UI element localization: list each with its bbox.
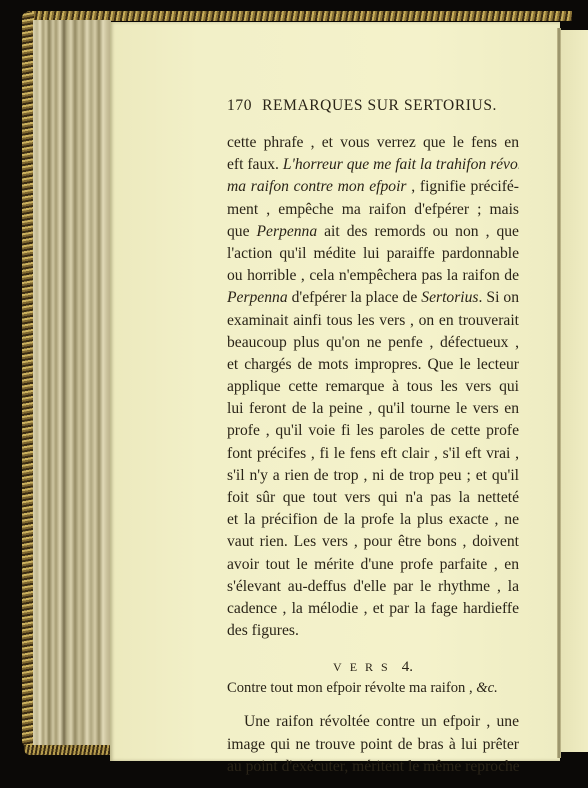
text-segment: s'il n'y a rien de trop , ni de trop peu…	[227, 467, 519, 484]
text-segment: applique cette remarque à tous les vers …	[227, 378, 519, 395]
section-number: 4.	[402, 659, 413, 675]
text-line: l'action qu'il médite lui paraiffe pardo…	[227, 243, 519, 265]
text-segment: l'action qu'il médite lui paraiffe pardo…	[227, 245, 519, 262]
text-segment: eft faux.	[227, 156, 283, 173]
text-segment: des figures.	[227, 622, 299, 639]
quotation-etc: &c.	[476, 680, 497, 696]
text-segment: examinait ainfi tous les vers , on en tr…	[227, 312, 519, 329]
text-segment: cadence , la mélodie , et par la fage ha…	[227, 600, 519, 617]
text-line: Une raifon révoltée contre un efpoir , u…	[227, 711, 519, 733]
paragraph-2: Une raifon révoltée contre un efpoir , u…	[227, 711, 519, 778]
italic-text: ma raifon contre mon efpoir	[227, 178, 407, 195]
text-segment: font précifes , fi le fens eft clair , s…	[227, 445, 519, 462]
italic-text: L'horreur que me fait la trahifon révolt…	[283, 156, 519, 173]
text-segment: ment , empêche ma raifon d'efpérer ; mai…	[227, 201, 519, 218]
page-stack-edges	[33, 20, 111, 755]
text-line: et la précifion de la profe la plus exac…	[227, 509, 519, 531]
text-line: cadence , la mélodie , et par la fage ha…	[227, 598, 519, 620]
text-segment: ait des remords ou non , que	[317, 223, 519, 240]
text-line: ma raifon contre mon efpoir , fignifie p…	[227, 176, 519, 198]
paragraph-1: cette phrafe , et vous verrez que le fen…	[227, 132, 519, 642]
italic-text: Sertorius	[421, 289, 478, 306]
text-segment: que	[227, 223, 257, 240]
text-segment: s'élevant au-deffus d'elle par le rhythm…	[227, 578, 519, 595]
running-head: 170REMARQUES SUR SERTORIUS.	[227, 96, 519, 116]
running-head-title: REMARQUES SUR SERTORIUS.	[262, 97, 497, 114]
text-line: beaucoup plus qu'on ne penfe , défectueu…	[227, 332, 519, 354]
text-segment: lui feront de la peine , qu'il tourne le…	[227, 400, 519, 417]
text-segment: . Si on	[478, 289, 519, 306]
text-segment: et la précifion de la profe la plus exac…	[227, 511, 519, 528]
text-line: profe , qu'il voie fi les paroles de cet…	[227, 420, 519, 442]
book-scan-background: 170REMARQUES SUR SERTORIUS. cette phrafe…	[0, 0, 588, 788]
quotation-text: Contre tout mon efpoir révolte ma raifon…	[227, 680, 476, 696]
text-line: image qui ne trouve point de bras à lui …	[227, 734, 519, 756]
italic-text: Perpenna	[227, 289, 288, 306]
section-label: VERS	[333, 660, 396, 674]
gilt-cover-edge-bottom	[24, 745, 114, 755]
text-line: s'élevant au-deffus d'elle par le rhythm…	[227, 576, 519, 598]
text-line: ment , empêche ma raifon d'efpérer ; mai…	[227, 199, 519, 221]
text-line: que Perpenna ait des remords ou non , qu…	[227, 221, 519, 243]
text-line: s'il n'y a rien de trop , ni de trop peu…	[227, 465, 519, 487]
page-text-block: 170REMARQUES SUR SERTORIUS. cette phrafe…	[227, 96, 519, 778]
text-line: au point d'exécuter, méritent le même re…	[227, 756, 519, 778]
text-segment: cette phrafe , et vous verrez que le fen…	[227, 134, 519, 151]
text-segment: et chargés de mots impropres. Que le lec…	[227, 356, 519, 373]
text-line: foit sûr que tout vers qui n'a pas la ne…	[227, 487, 519, 509]
text-segment: beaucoup plus qu'on ne penfe , défectueu…	[227, 334, 519, 351]
italic-text: Perpenna	[257, 223, 318, 240]
text-segment: foit sûr que tout vers qui n'a pas la ne…	[227, 489, 519, 506]
text-segment: ou horrible , cela n'empêchera pas la ra…	[227, 267, 519, 284]
text-segment: vaut rien. Les vers , pour être bons , d…	[227, 533, 519, 550]
text-line: Perpenna d'efpérer la place de Sertorius…	[227, 287, 519, 309]
text-segment: d'efpérer la place de	[288, 289, 422, 306]
section-heading: VERS4.	[227, 657, 519, 677]
text-line: des figures.	[227, 620, 519, 642]
text-line: applique cette remarque à tous les vers …	[227, 376, 519, 398]
text-line: ou horrible , cela n'empêchera pas la ra…	[227, 265, 519, 287]
page-gutter-fold	[557, 28, 561, 758]
text-line: eft faux. L'horreur que me fait la trahi…	[227, 154, 519, 176]
text-segment: avoir tout le mérite d'une profe parfait…	[227, 556, 519, 573]
text-segment: , fignifie précifé-	[407, 178, 519, 195]
text-line: cette phrafe , et vous verrez que le fen…	[227, 132, 519, 154]
text-line: et chargés de mots impropres. Que le lec…	[227, 354, 519, 376]
text-line: font précifes , fi le fens eft clair , s…	[227, 443, 519, 465]
spacer	[227, 699, 519, 711]
facing-page-edge	[561, 30, 588, 752]
verse-quotation: Contre tout mon efpoir révolte ma raifon…	[227, 677, 519, 699]
text-line: avoir tout le mérite d'une profe parfait…	[227, 554, 519, 576]
text-line: lui feront de la peine , qu'il tourne le…	[227, 398, 519, 420]
text-line: examinait ainfi tous les vers , on en tr…	[227, 310, 519, 332]
page-number: 170	[227, 97, 252, 114]
text-segment: profe , qu'il voie fi les paroles de cet…	[227, 422, 519, 439]
text-line: vaut rien. Les vers , pour être bons , d…	[227, 531, 519, 553]
